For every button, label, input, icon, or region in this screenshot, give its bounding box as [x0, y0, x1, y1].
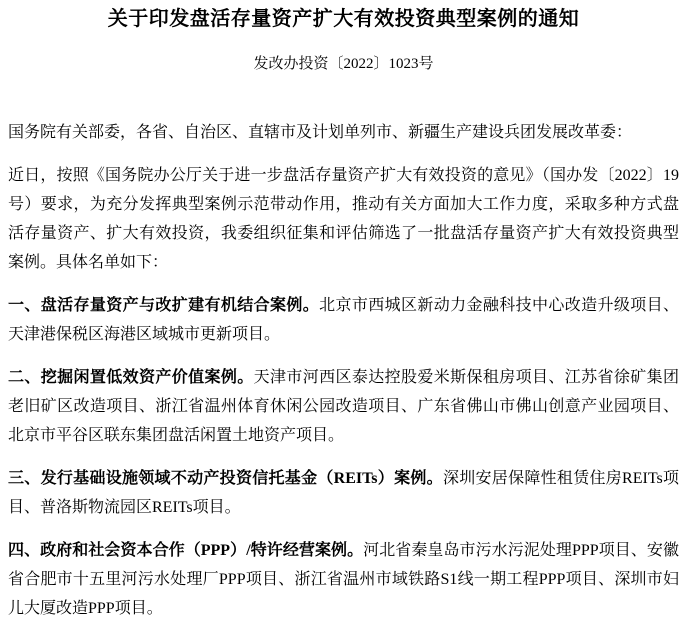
intro-paragraph: 近日，按照《国务院办公厅关于进一步盘活存量资产扩大有效投资的意见》（国办发〔20…: [8, 161, 679, 277]
greeting-paragraph: 国务院有关部委，各省、自治区、直辖市及计划单列市、新疆生产建设兵团发展改革委：: [8, 118, 679, 147]
document-number: 发改办投资〔2022〕1023号: [8, 56, 679, 72]
page-title: 关于印发盘活存量资产扩大有效投资典型案例的通知: [8, 8, 679, 30]
section-paragraph-1: 一、盘活存量资产与改扩建有机结合案例。北京市西城区新动力金融科技中心改造升级项目…: [8, 291, 679, 349]
section-4-heading: 四、政府和社会资本合作（PPP）/特许经营案例。: [8, 542, 363, 559]
section-paragraph-4: 四、政府和社会资本合作（PPP）/特许经营案例。河北省秦皇岛市污水污泥处理PPP…: [8, 536, 679, 623]
document-body: 国务院有关部委，各省、自治区、直辖市及计划单列市、新疆生产建设兵团发展改革委： …: [8, 118, 679, 623]
section-paragraph-2: 二、挖掘闲置低效资产价值案例。天津市河西区泰达控股爱米斯保租房项目、江苏省徐矿集…: [8, 363, 679, 450]
section-paragraph-3: 三、发行基础设施领域不动产投资信托基金（REITs）案例。深圳安居保障性租赁住房…: [8, 464, 679, 522]
section-3-heading: 三、发行基础设施领域不动产投资信托基金（REITs）案例。: [8, 470, 443, 487]
section-1-heading: 一、盘活存量资产与改扩建有机结合案例。: [8, 297, 319, 314]
notice-document: 关于印发盘活存量资产扩大有效投资典型案例的通知 发改办投资〔2022〕1023号…: [0, 0, 688, 623]
section-2-heading: 二、挖掘闲置低效资产价值案例。: [8, 369, 254, 386]
